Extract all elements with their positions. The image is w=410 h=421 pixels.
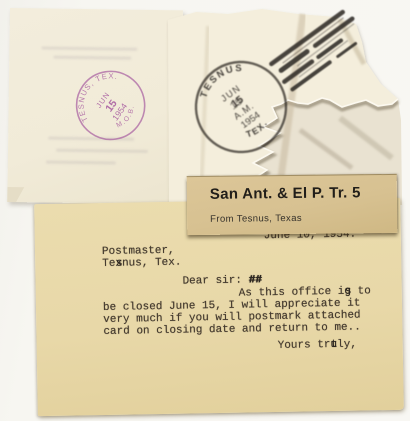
fold-crease [201, 26, 208, 196]
tear-shadow [251, 101, 398, 184]
routing-label: San Ant. & El P. Tr. 5 From Tesnus, Texa… [187, 174, 398, 235]
black-postmark-month: JUN [219, 83, 243, 104]
purple-postmark-year: 1954 [110, 101, 129, 122]
black-postmark-bottom: TEX. [242, 116, 271, 142]
svg-text:TESNUS: TESNUS [192, 55, 248, 103]
wrinkle-shade [300, 130, 352, 168]
overstrike-character: xs [115, 258, 122, 270]
black-postmark-day: 15 [229, 94, 246, 111]
overstrike-character: ut [330, 339, 337, 351]
routing-label-title: San Ant. & El P. Tr. 5 [210, 184, 361, 203]
bleedthrough-text [53, 56, 131, 60]
bleedthrough-text [56, 149, 148, 153]
purple-postmark: TESNUS, TEX. M.O.B. JUN 15 1954 [54, 49, 168, 163]
scanned-postal-covers: TESNUS, TEX. M.O.B. JUN 15 1954 [0, 0, 410, 421]
routing-label-subtitle: From Tesnus, Texas [210, 213, 302, 225]
card-closing: Yours trutly, [278, 339, 357, 352]
overstrike-character: gs [344, 286, 351, 298]
purple-postmark-bottom: M.O.B. [113, 102, 139, 133]
black-postmark-ring [178, 44, 304, 170]
tear-highlight [250, 98, 398, 181]
svg-text:M.O.B.: M.O.B. [113, 102, 139, 133]
black-postmark-year: 1954 [239, 110, 263, 131]
cover-letter-sheet: TESNUS, TEX. M.O.B. JUN 15 1954 [7, 8, 183, 204]
fold-crease [340, 20, 364, 64]
bleedthrough-text [41, 46, 137, 50]
strikeout-marks: ## [248, 274, 261, 286]
paper-fold-corner [7, 187, 35, 202]
svg-text:TEX.: TEX. [242, 116, 271, 142]
card-address-line2: Texsnus, Tex. [102, 257, 181, 270]
black-postmark-town: TESNUS [192, 55, 248, 103]
killer-bars [271, 10, 365, 91]
black-postmark-meridiem: A.M. [232, 100, 256, 121]
purple-postmark-day: 15 [103, 98, 120, 115]
bleedthrough-text [46, 161, 116, 165]
fold-crease [278, 14, 303, 200]
purple-postmark-town: TESNUS, TEX. [64, 60, 122, 126]
wrinkle-shade [340, 118, 392, 158]
svg-text:TESNUS, TEX.: TESNUS, TEX. [64, 60, 122, 126]
bleedthrough-text [48, 137, 134, 141]
purple-postmark-month: JUN [94, 90, 112, 110]
card-salutation: Dear sir: ## [182, 274, 261, 287]
